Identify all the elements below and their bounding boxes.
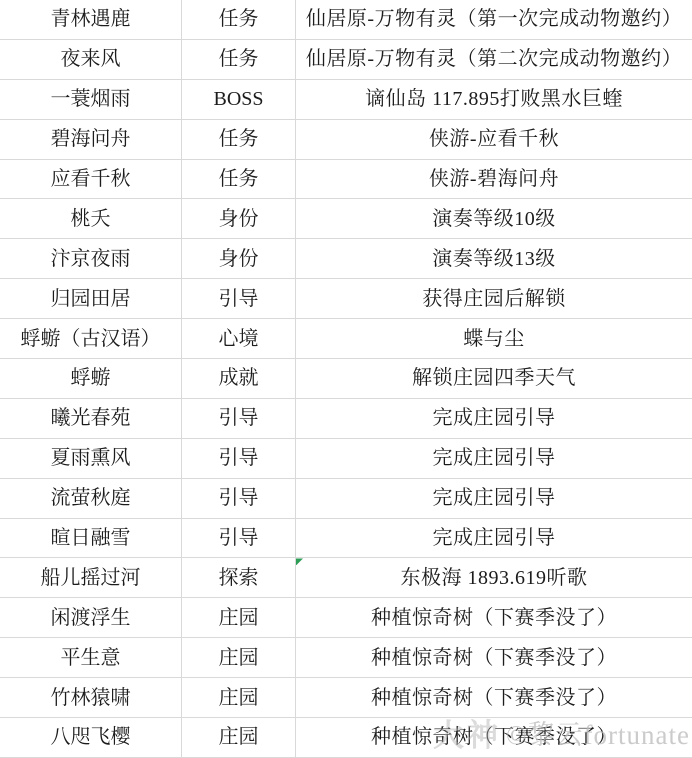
- cell-type-text: 身份: [219, 249, 259, 269]
- cell-requirement: 演奏等级13级: [296, 239, 692, 279]
- cell-name-text: 应看千秋: [51, 169, 131, 189]
- cell-requirement-text: 完成庄园引导: [433, 528, 556, 548]
- cell-type-text: 引导: [219, 448, 259, 468]
- cell-name: 蜉蝣: [0, 359, 182, 399]
- cell-name: 闲渡浮生: [0, 598, 182, 638]
- cell-name-text: 平生意: [61, 648, 121, 668]
- cell-type-text: 庄园: [219, 727, 259, 747]
- cell-name: 暄日融雪: [0, 519, 182, 559]
- cell-error-indicator: [296, 558, 303, 565]
- cell-type-text: 引导: [219, 488, 259, 508]
- cell-type: 任务: [182, 40, 296, 80]
- cell-name-text: 八咫飞樱: [51, 727, 131, 747]
- cell-type-text: 心境: [219, 329, 259, 349]
- cell-name-text: 蜉蝣: [71, 368, 111, 388]
- cell-type: 探索: [182, 558, 296, 598]
- cell-name: 平生意: [0, 638, 182, 678]
- cell-type: 引导: [182, 279, 296, 319]
- cell-requirement-text: 仙居原-万物有灵（第一次完成动物邀约）: [306, 9, 682, 29]
- cell-requirement: 东极海 1893.619听歌: [296, 558, 692, 598]
- cell-type-text: 庄园: [219, 648, 259, 668]
- cell-name: 桃夭: [0, 199, 182, 239]
- cell-name-text: 碧海问舟: [51, 129, 131, 149]
- cell-requirement-text: 完成庄园引导: [433, 488, 556, 508]
- cell-name: 汴京夜雨: [0, 239, 182, 279]
- cell-requirement-text: 侠游-应看千秋: [429, 129, 559, 149]
- cell-requirement-text: 种植惊奇树（下赛季没了）: [371, 688, 617, 708]
- cell-type: 庄园: [182, 678, 296, 718]
- cell-type: 心境: [182, 319, 296, 359]
- cell-type: 庄园: [182, 638, 296, 678]
- cell-type-text: 庄园: [219, 608, 259, 628]
- cell-type: 身份: [182, 199, 296, 239]
- cell-type-text: 庄园: [219, 688, 259, 708]
- cell-name: 蜉蝣（古汉语）: [0, 319, 182, 359]
- cell-requirement-text: 蝶与尘: [463, 329, 525, 349]
- cell-requirement-text: 演奏等级10级: [432, 209, 556, 229]
- cell-name: 青林遇鹿: [0, 0, 182, 40]
- cell-requirement: 侠游-碧海问舟: [296, 160, 692, 200]
- cell-requirement: 仙居原-万物有灵（第二次完成动物邀约）: [296, 40, 692, 80]
- cell-requirement-text: 谪仙岛 117.895打败黑水巨蝰: [365, 89, 623, 109]
- cell-requirement: 完成庄园引导: [296, 439, 692, 479]
- cell-name: 八咫飞樱: [0, 718, 182, 758]
- cell-requirement: 谪仙岛 117.895打败黑水巨蝰: [296, 80, 692, 120]
- cell-name-text: 船儿摇过河: [41, 568, 141, 588]
- cell-name: 一蓑烟雨: [0, 80, 182, 120]
- cell-requirement: 种植惊奇树（下赛季没了）: [296, 598, 692, 638]
- cell-name-text: 夜来风: [61, 49, 121, 69]
- cell-name-text: 蜉蝣（古汉语）: [21, 329, 161, 349]
- cell-type-text: 身份: [219, 209, 259, 229]
- cell-name-text: 桃夭: [71, 209, 111, 229]
- cell-name: 曦光春苑: [0, 399, 182, 439]
- cell-requirement: 种植惊奇树（下赛季没了）: [296, 678, 692, 718]
- cell-requirement: 演奏等级10级: [296, 199, 692, 239]
- cell-requirement-text: 演奏等级13级: [432, 249, 556, 269]
- cell-name-text: 曦光春苑: [51, 408, 131, 428]
- cell-type: 引导: [182, 479, 296, 519]
- cell-requirement: 种植惊奇树（下赛季没了）: [296, 638, 692, 678]
- cell-name: 归园田居: [0, 279, 182, 319]
- cell-name-text: 汴京夜雨: [51, 249, 131, 269]
- cell-requirement: 仙居原-万物有灵（第一次完成动物邀约）: [296, 0, 692, 40]
- cell-requirement-text: 侠游-碧海问舟: [429, 169, 559, 189]
- cell-name-text: 一蓑烟雨: [51, 89, 131, 109]
- cell-type: 引导: [182, 399, 296, 439]
- cell-type-text: 任务: [219, 169, 259, 189]
- cell-type-text: 探索: [219, 568, 259, 588]
- cell-name-text: 暄日融雪: [51, 528, 131, 548]
- cell-type-text: 任务: [219, 129, 259, 149]
- cell-requirement: 完成庄园引导: [296, 479, 692, 519]
- cell-requirement: 种植惊奇树（下赛季没了）: [296, 718, 692, 758]
- cell-type-text: 任务: [219, 9, 259, 29]
- cell-type: BOSS: [182, 80, 296, 120]
- cell-type: 庄园: [182, 718, 296, 758]
- cell-type: 任务: [182, 160, 296, 200]
- cell-name: 应看千秋: [0, 160, 182, 200]
- cell-requirement: 解锁庄园四季天气: [296, 359, 692, 399]
- cell-requirement-text: 种植惊奇树（下赛季没了）: [371, 608, 617, 628]
- cell-requirement-text: 种植惊奇树（下赛季没了）: [371, 727, 617, 747]
- cell-name-text: 青林遇鹿: [51, 9, 131, 29]
- cell-requirement-text: 解锁庄园四季天气: [412, 368, 576, 388]
- cell-name: 流萤秋庭: [0, 479, 182, 519]
- cell-requirement: 侠游-应看千秋: [296, 120, 692, 160]
- page: 青林遇鹿 任务 仙居原-万物有灵（第一次完成动物邀约） 夜来风 任务 仙居原-万…: [0, 0, 692, 758]
- cell-name-text: 夏雨熏风: [51, 448, 131, 468]
- cell-type-text: 成就: [219, 368, 259, 388]
- cell-type: 成就: [182, 359, 296, 399]
- cell-name: 船儿摇过河: [0, 558, 182, 598]
- cell-requirement: 完成庄园引导: [296, 519, 692, 559]
- cell-type-text: 引导: [219, 408, 259, 428]
- cell-name: 碧海问舟: [0, 120, 182, 160]
- cell-name-text: 闲渡浮生: [51, 608, 131, 628]
- cell-requirement-text: 仙居原-万物有灵（第二次完成动物邀约）: [306, 49, 682, 69]
- cell-requirement-text: 东极海 1893.619听歌: [401, 568, 588, 588]
- cell-name: 夏雨熏风: [0, 439, 182, 479]
- cell-type: 庄园: [182, 598, 296, 638]
- cell-type-text: BOSS: [213, 89, 263, 109]
- cell-requirement-text: 获得庄园后解锁: [422, 289, 566, 309]
- cell-requirement: 获得庄园后解锁: [296, 279, 692, 319]
- cell-name: 竹林猿啸: [0, 678, 182, 718]
- cell-type: 身份: [182, 239, 296, 279]
- cell-requirement-text: 完成庄园引导: [433, 408, 556, 428]
- cell-requirement-text: 种植惊奇树（下赛季没了）: [371, 648, 617, 668]
- cell-name-text: 竹林猿啸: [51, 688, 131, 708]
- cell-type-text: 引导: [219, 289, 259, 309]
- cell-type-text: 任务: [219, 49, 259, 69]
- cell-name-text: 流萤秋庭: [51, 488, 131, 508]
- cell-requirement-text: 完成庄园引导: [433, 448, 556, 468]
- cell-type: 任务: [182, 0, 296, 40]
- score-table: 青林遇鹿 任务 仙居原-万物有灵（第一次完成动物邀约） 夜来风 任务 仙居原-万…: [0, 0, 692, 758]
- cell-requirement: 蝶与尘: [296, 319, 692, 359]
- cell-type-text: 引导: [219, 528, 259, 548]
- cell-type: 任务: [182, 120, 296, 160]
- cell-requirement: 完成庄园引导: [296, 399, 692, 439]
- cell-name: 夜来风: [0, 40, 182, 80]
- cell-type: 引导: [182, 519, 296, 559]
- cell-type: 引导: [182, 439, 296, 479]
- cell-name-text: 归园田居: [51, 289, 131, 309]
